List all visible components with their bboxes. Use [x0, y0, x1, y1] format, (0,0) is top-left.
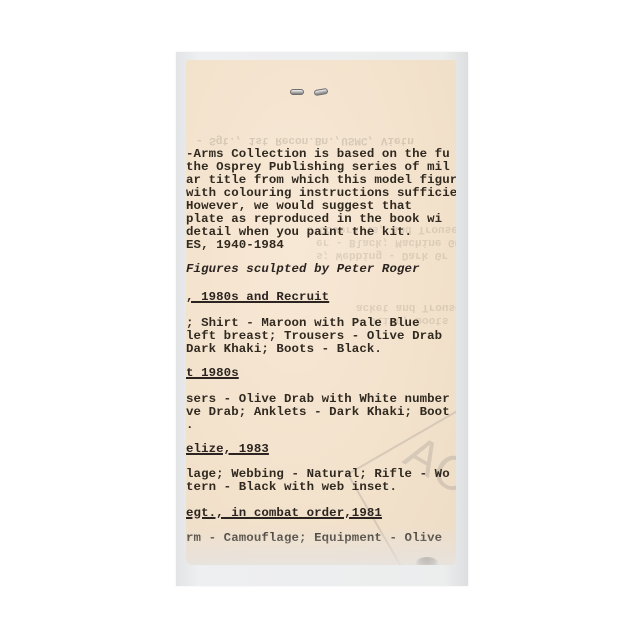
staple-icon: [290, 89, 304, 95]
section-text-line: .: [186, 418, 194, 432]
intro-text-line: with colouring instructions sufficie: [186, 186, 456, 200]
section-heading: t 1980s: [186, 366, 239, 380]
section-text-line: tern - Black with web inset.: [186, 480, 397, 494]
show-through-text: - Sgt., 1st Recon.Bn.,USMC, Vietn: [196, 134, 456, 146]
section-heading: egt., in combat order,1981: [186, 506, 382, 520]
section-text-line: rm - Camouflage; Equipment - Olive: [186, 531, 442, 545]
background-logo-text: ACHO: [395, 425, 456, 542]
instruction-sheet: ACHO - Sgt., 1st Recon.Bn.,USMC, Vietn t…: [186, 60, 456, 565]
intro-text-line: However, we would suggest that: [186, 199, 412, 213]
series-title: ES, 1940-1984: [186, 238, 284, 252]
staple-icon: [314, 88, 329, 96]
section-text-line: sers - Olive Drab with White number: [186, 392, 450, 406]
section-text-line: left breast; Trousers - Olive Drab: [186, 329, 442, 343]
intro-text-line: the Osprey Publishing series of mil: [186, 160, 450, 174]
intro-text-line: detail when you paint the kit.: [186, 225, 412, 239]
sculptor-credit: Figures sculpted by Peter Roger: [186, 262, 420, 276]
intro-text-line: plate as reproduced in the book wi: [186, 212, 442, 226]
intro-text-line: ar title from which this model figur: [186, 173, 456, 187]
show-through-text: acket and Trousers - Olive: [356, 301, 456, 313]
section-heading: , 1980s and Recruit: [186, 290, 329, 304]
intro-text-line: -Arms Collection is based on the fu: [186, 147, 450, 161]
section-heading: elize, 1983: [186, 442, 269, 456]
section-text-line: lage; Webbing - Natural; Rifle - Wo: [186, 467, 450, 481]
section-text-line: Dark Khaki; Boots - Black.: [186, 342, 382, 356]
bag-seal-crease: [416, 557, 438, 565]
show-through-text: s; Webbing - Dark Gr: [316, 249, 448, 261]
section-text-line: ve Drab; Anklets - Dark Khaki; Boot: [186, 405, 450, 419]
section-text-line: ; Shirt - Maroon with Pale Blue: [186, 316, 420, 330]
